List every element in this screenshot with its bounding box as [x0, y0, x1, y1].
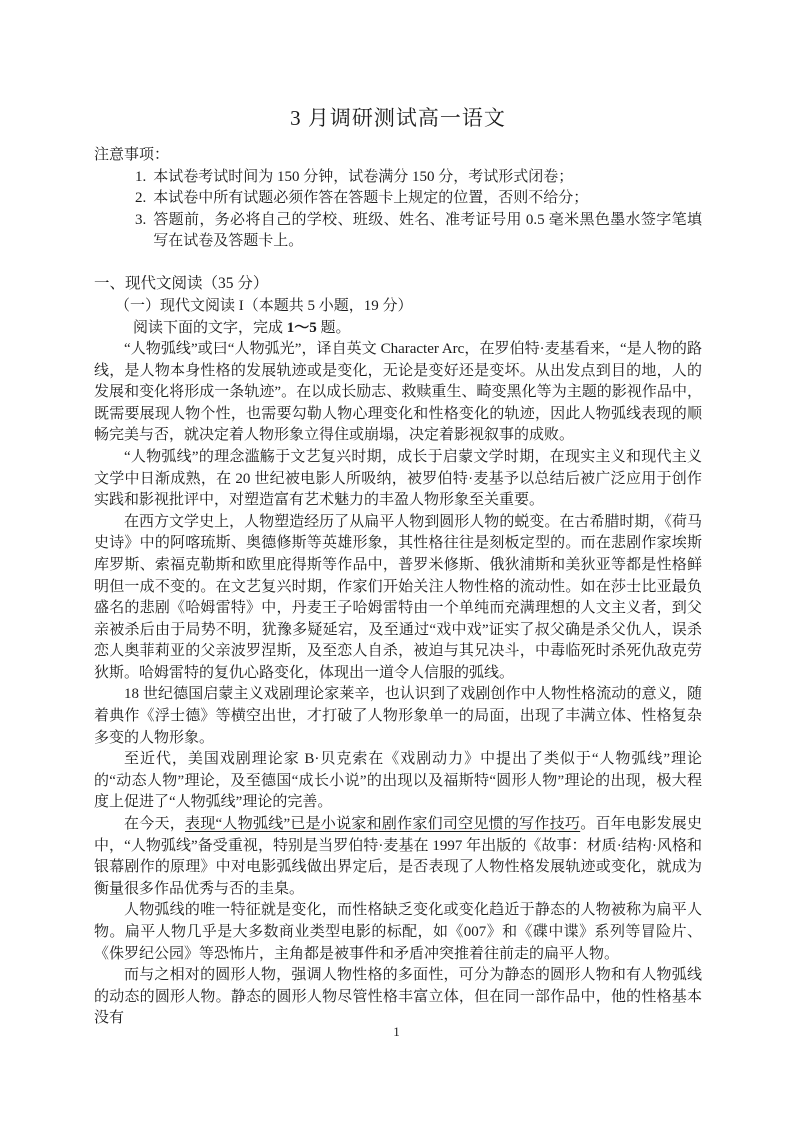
passage-paragraph-6: 在今天，表现“人物弧线”已是小说家和剧作家们司空见惯的写作技巧。百年电影发展史中… [94, 814, 702, 900]
notice-item: 2. 本试卷中所有试题必须作答在答题卡上规定的位置，否则不给分； [135, 188, 702, 210]
notice-heading: 注意事项： [94, 145, 702, 167]
section-subheading: （一）现代文阅读 I（本题共 5 小题，19 分） [115, 295, 702, 317]
reading-passage: “人物弧线”或曰“人物弧光”，译自英文 Character Arc，在罗伯特·麦… [94, 339, 702, 1030]
passage-paragraph-4: 18 世纪德国启蒙主义戏剧理论家莱辛，也认识到了戏剧创作中人物性格流动的意义，随… [94, 684, 702, 749]
page-content: 3 月调研测试高一语文 注意事项： 1. 本试卷考试时间为 150 分钟，试卷满… [94, 102, 702, 1030]
notice-item-text: 本试卷考试时间为 150 分钟，试卷满分 150 分，考试形式闭卷； [153, 167, 702, 189]
page-title: 3 月调研测试高一语文 [94, 102, 702, 132]
passage-paragraph-1: “人物弧线”或曰“人物弧光”，译自英文 Character Arc，在罗伯特·麦… [94, 339, 702, 447]
exam-paper-page: 3 月调研测试高一语文 注意事项： 1. 本试卷考试时间为 150 分钟，试卷满… [0, 0, 793, 1122]
notice-item: 3. 答题前，务必将自己的学校、班级、姓名、准考证号用 0.5 毫米黑色墨水签字… [135, 210, 702, 253]
underlined-clause: 表现“人物弧线”已是小说家和剧作家们司空见惯的写作技巧 [185, 816, 580, 832]
instruction-question-range: 1～5 [287, 320, 317, 336]
passage-paragraph-3: 在西方文学史上，人物塑造经历了从扁平人物到圆形人物的蜕变。在古希腊时期，《荷马史… [94, 512, 702, 685]
notice-list: 1. 本试卷考试时间为 150 分钟，试卷满分 150 分，考试形式闭卷； 2.… [94, 167, 702, 253]
notice-item-number: 3. [135, 210, 146, 253]
notice-item-number: 1. [135, 167, 146, 189]
instruction-prefix: 阅读下面的文字，完成 [133, 320, 287, 336]
notice-item-text: 本试卷中所有试题必须作答在答题卡上规定的位置，否则不给分； [153, 188, 702, 210]
passage-paragraph-8: 而与之相对的圆形人物，强调人物性格的多面性，可分为静态的圆形人物和有人物弧线的动… [94, 965, 702, 1030]
notice-item-text: 答题前，务必将自己的学校、班级、姓名、准考证号用 0.5 毫米黑色墨水签字笔填写… [153, 210, 702, 253]
notice-section: 注意事项： 1. 本试卷考试时间为 150 分钟，试卷满分 150 分，考试形式… [94, 145, 702, 253]
passage-paragraph-2: “人物弧线”的理念滥觞于文艺复兴时期，成长于启蒙文学时期，在现实主义和现代主义文… [94, 447, 702, 512]
paragraph-6-prefix: 在今天， [124, 816, 185, 832]
instruction-suffix: 题。 [317, 320, 351, 336]
notice-item: 1. 本试卷考试时间为 150 分钟，试卷满分 150 分，考试形式闭卷； [135, 167, 702, 189]
passage-paragraph-7: 人物弧线的唯一特征就是变化，而性格缺乏变化或变化趋近于静态的人物被称为扁平人物。… [94, 900, 702, 965]
notice-item-number: 2. [135, 188, 146, 210]
passage-paragraph-5: 至近代，美国戏剧理论家 B·贝克索在《戏剧动力》中提出了类似于“人物弧线”理论的… [94, 749, 702, 814]
reading-instruction: 阅读下面的文字，完成 1～5 题。 [133, 317, 702, 339]
section-heading: 一、现代文阅读（35 分） [94, 273, 702, 295]
page-number: 1 [0, 1024, 793, 1040]
